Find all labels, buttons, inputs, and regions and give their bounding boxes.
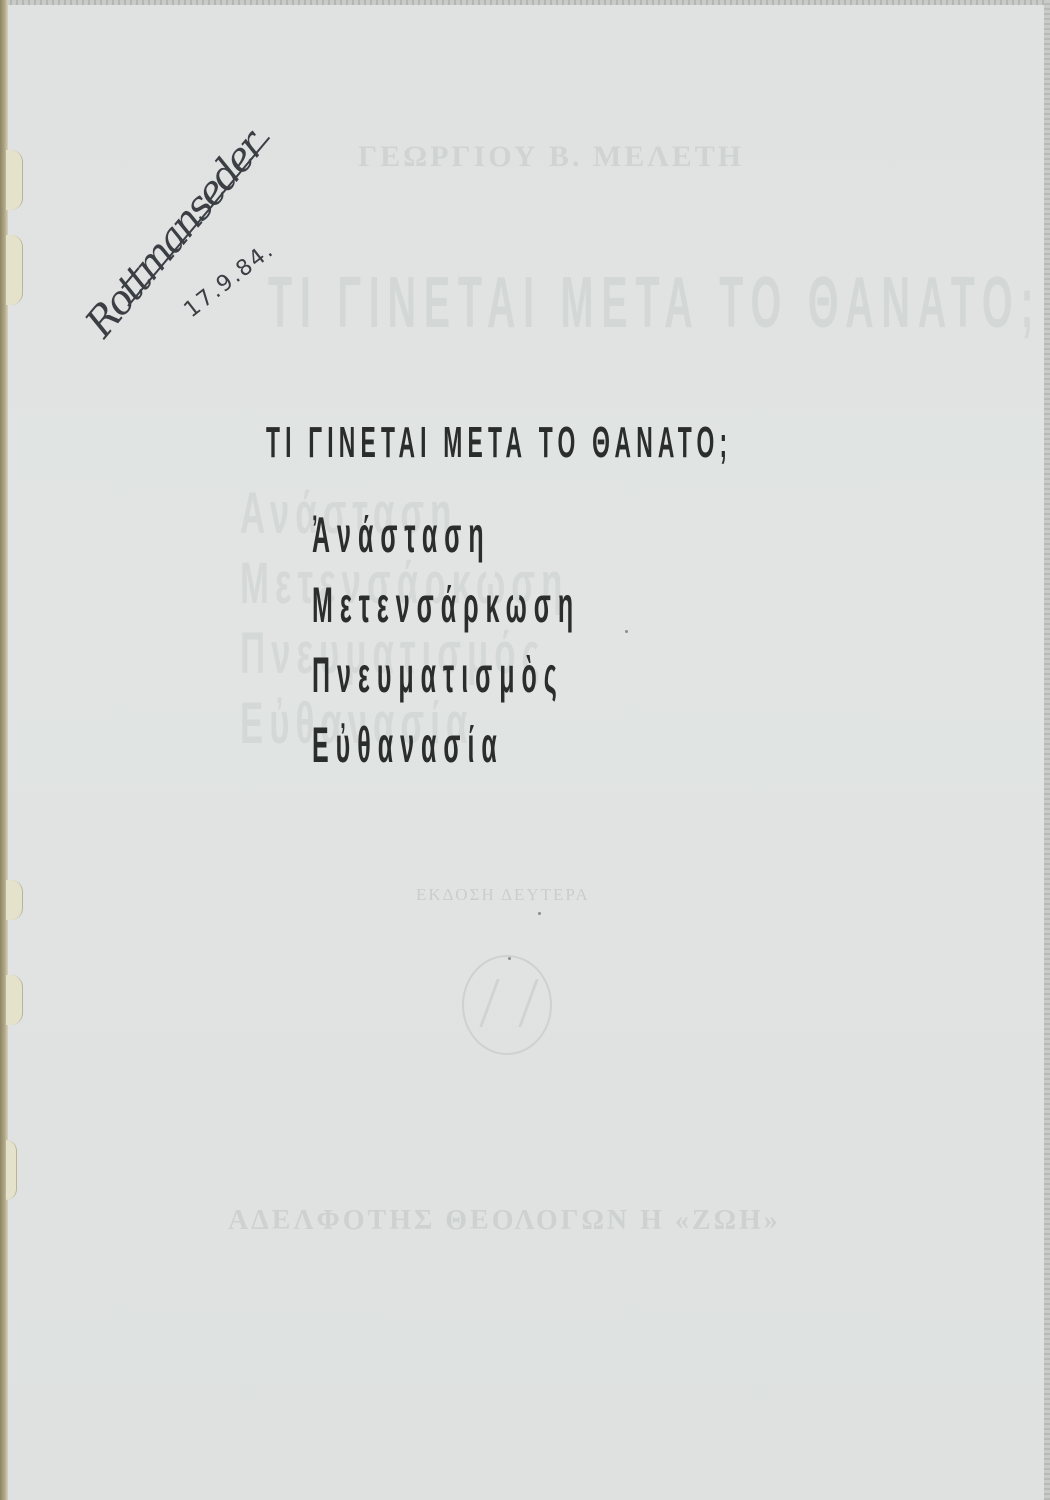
glue-stain (6, 150, 23, 210)
subject-list: Ἀνάσταση Μετενσάρκωση Πνευματισμὸς Εὐθαν… (312, 500, 848, 780)
glue-stain (6, 975, 23, 1025)
binding-edge (0, 0, 8, 1500)
signature-underline (127, 137, 270, 307)
subject-item: Πνευματισμὸς (312, 640, 580, 710)
handwritten-signature: Rottmanseder (77, 125, 273, 346)
paper-speck (538, 912, 541, 915)
subject-item: Εὐθανασία (312, 710, 580, 780)
page-right-edge (1044, 0, 1050, 1500)
page-top-edge (0, 0, 1050, 5)
glue-stain (6, 1140, 17, 1200)
subject-item: Μετενσάρκωση (312, 570, 580, 640)
book-title: ΤΙ ΓΙΝΕΤΑΙ ΜΕΤΑ ΤΟ ΘΑΝΑΤΟ; (266, 418, 732, 468)
subject-item: Ἀνάσταση (312, 500, 580, 570)
show-through-publisher: ΑΔΕΛΦΟΤΗΣ ΘΕΟΛΟΓΩΝ Η «ΖΩΗ» (228, 1205, 781, 1237)
show-through-title: ΤΙ ΓΙΝΕΤΑΙ ΜΕΤΑ ΤΟ ΘΑΝΑΤΟ; (268, 262, 1041, 344)
publisher-emblem-icon (462, 955, 552, 1055)
show-through-edition: ΕΚΔΟΣΗ ΔΕΥΤΕΡΑ (416, 885, 590, 905)
show-through-author: ΓΕΩΡΓΙΟΥ Β. ΜΕΛΕΤΗ (358, 140, 744, 174)
paper-speck (625, 630, 628, 633)
glue-stain (6, 235, 23, 305)
glue-stain (6, 880, 23, 920)
handwritten-date: 17.9.84. (180, 237, 280, 323)
book-title-page: ΓΕΩΡΓΙΟΥ Β. ΜΕΛΕΤΗ ΤΙ ΓΙΝΕΤΑΙ ΜΕΤΑ ΤΟ ΘΑ… (0, 0, 1050, 1500)
paper-speck (508, 957, 511, 960)
